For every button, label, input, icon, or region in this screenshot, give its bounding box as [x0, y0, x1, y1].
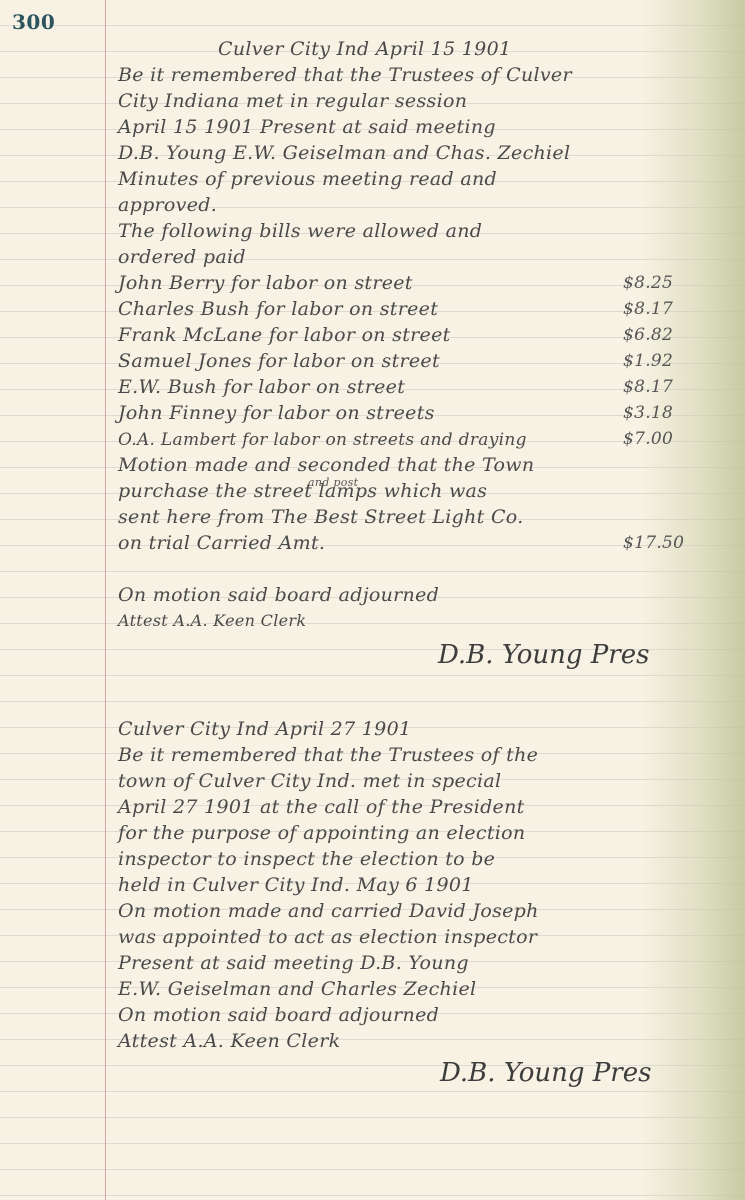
bill-payee: John Finney for labor on streets	[118, 402, 435, 424]
entry-line: approved.	[118, 192, 705, 218]
entry-heading: Culver City Ind April 15 1901	[118, 36, 705, 62]
motion-line: Motion made and seconded that the Town	[118, 452, 705, 478]
bill-row: John Finney for labor on streets $3.18	[118, 400, 705, 426]
page-number: 300	[12, 10, 55, 34]
bill-row: E.W. Bush for labor on street $8.17	[118, 374, 705, 400]
minutes-entry-april-15: Culver City Ind April 15 1901 Be it reme…	[118, 36, 705, 634]
entry-line: Be it remembered that the Trustees of Cu…	[118, 62, 705, 88]
entry-line: Minutes of previous meeting read and	[118, 166, 705, 192]
bill-amount: $1.92	[623, 348, 673, 374]
spacer	[118, 556, 705, 582]
bill-amount: $3.18	[623, 400, 673, 426]
entry-line: On motion made and carried David Joseph	[118, 898, 705, 924]
entry-line: Be it remembered that the Trustees of th…	[118, 742, 705, 768]
bill-amount: $8.17	[623, 296, 673, 322]
entry-line: On motion said board adjourned	[118, 1002, 705, 1028]
entry-line: E.W. Geiselman and Charles Zechiel	[118, 976, 705, 1002]
entry-line: for the purpose of appointing an electio…	[118, 820, 705, 846]
entry-line: town of Culver City Ind. met in special	[118, 768, 705, 794]
bill-payee: Frank McLane for labor on street	[118, 324, 451, 346]
interlineation: and post	[308, 470, 358, 496]
motion-line: purchase the street lamps which was and …	[118, 478, 705, 504]
closing-line: On motion said board adjourned	[118, 582, 705, 608]
bill-payee: E.W. Bush for labor on street	[118, 376, 405, 398]
entry-heading: Culver City Ind April 27 1901	[118, 716, 705, 742]
bill-amount: $8.17	[623, 374, 673, 400]
president-signature: D.B. Young Pres	[438, 640, 649, 670]
bill-payee: Samuel Jones for labor on street	[118, 350, 440, 372]
ledger-page: 300 Culver City Ind April 15 1901 Be it …	[0, 0, 745, 1200]
bill-row: Frank McLane for labor on street $6.82	[118, 322, 705, 348]
entry-line: City Indiana met in regular session	[118, 88, 705, 114]
closing-line: Attest A.A. Keen Clerk	[118, 608, 705, 634]
entry-line: D.B. Young E.W. Geiselman and Chas. Zech…	[118, 140, 705, 166]
margin-rule	[105, 0, 106, 1200]
bill-payee: Charles Bush for labor on street	[118, 298, 438, 320]
motion-text: purchase the street lamps which was	[118, 480, 487, 502]
president-signature: D.B. Young Pres	[440, 1058, 651, 1088]
motion-line: on trial Carried Amt. $17.50	[118, 530, 705, 556]
motion-line: sent here from The Best Street Light Co.	[118, 504, 705, 530]
bill-row: O.A. Lambert for labor on streets and dr…	[118, 426, 705, 452]
entry-line: The following bills were allowed and	[118, 218, 705, 244]
bill-payee: John Berry for labor on street	[118, 272, 413, 294]
entry-line: Present at said meeting D.B. Young	[118, 950, 705, 976]
bill-amount: $8.25	[623, 270, 673, 296]
entry-line: Attest A.A. Keen Clerk	[118, 1028, 705, 1054]
entry-line: ordered paid	[118, 244, 705, 270]
bill-payee: O.A. Lambert for labor on streets and dr…	[118, 430, 527, 450]
bill-amount: $6.82	[623, 322, 673, 348]
bill-row: John Berry for labor on street $8.25	[118, 270, 705, 296]
entry-line: inspector to inspect the election to be	[118, 846, 705, 872]
entry-line: April 27 1901 at the call of the Preside…	[118, 794, 705, 820]
bill-amount: $7.00	[623, 426, 673, 452]
motion-text: on trial Carried Amt.	[118, 532, 325, 554]
bill-row: Samuel Jones for labor on street $1.92	[118, 348, 705, 374]
entry-line: held in Culver City Ind. May 6 1901	[118, 872, 705, 898]
motion-amount: $17.50	[623, 530, 684, 556]
bill-row: Charles Bush for labor on street $8.17	[118, 296, 705, 322]
minutes-entry-april-27: Culver City Ind April 27 1901 Be it reme…	[118, 716, 705, 1054]
entry-line: April 15 1901 Present at said meeting	[118, 114, 705, 140]
entry-line: was appointed to act as election inspect…	[118, 924, 705, 950]
